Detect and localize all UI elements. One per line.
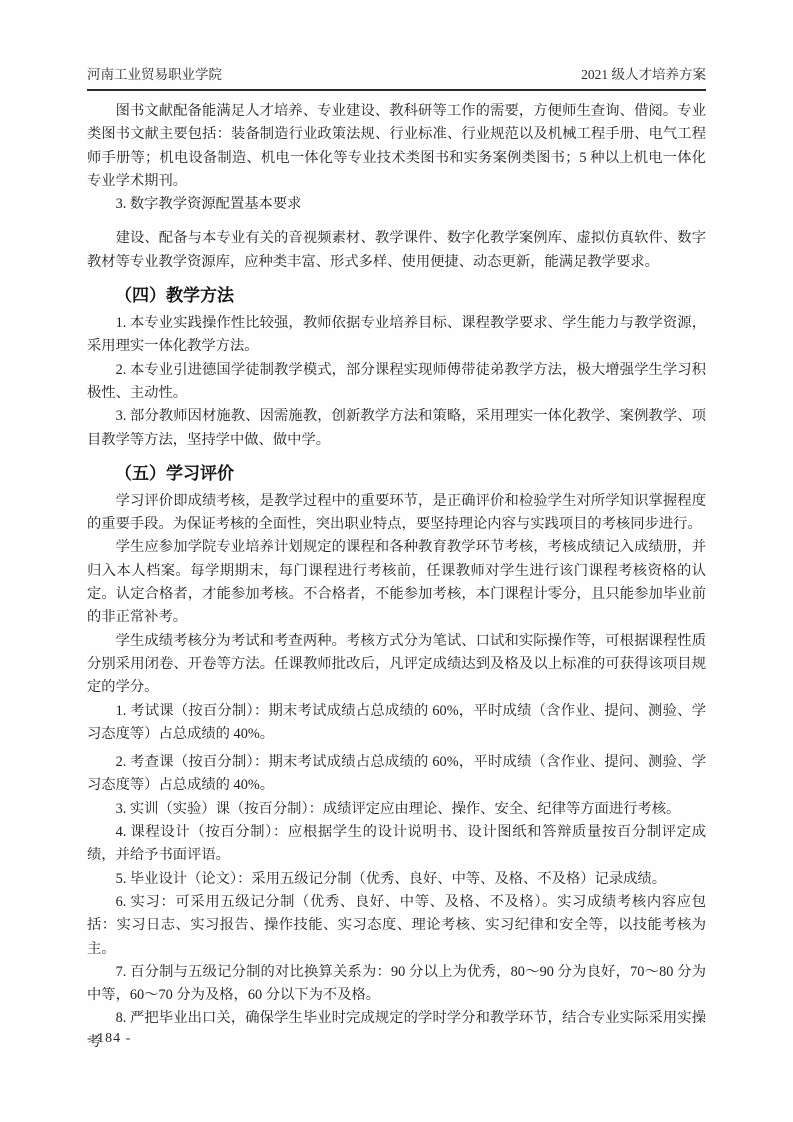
item-eval-8-graduation-gate: 8. 严把毕业出口关，确保学生毕业时完成规定的学时学分和教学环节，结合专业实际采… bbox=[87, 1007, 706, 1054]
heading-section-5-learning-evaluation: （五）学习评价 bbox=[87, 461, 706, 487]
item-eval-7-grade-conversion: 7. 百分制与五级记分制的对比换算关系为：90 分以上为优秀，80～90 分为良… bbox=[87, 961, 706, 1008]
page-header: 河南工业贸易职业学院 2021 级人才培养方案 bbox=[87, 0, 706, 91]
page-number: - 184 - bbox=[87, 1031, 131, 1046]
para-exam-qualification: 学生应参加学院专业培养计划规定的课程和各种教育教学环节考核，考核成绩记入成绩册，… bbox=[87, 536, 706, 629]
header-plan-title: 2021 级人才培养方案 bbox=[581, 66, 706, 84]
para-evaluation-intro: 学习评价即成绩考核，是教学过程中的重要环节，是正确评价和检验学生对所学知识掌握程… bbox=[87, 490, 706, 537]
item-eval-2-assessment-course: 2. 考查课（按百分制）：期末考试成绩占总成绩的 60%，平时成绩（含作业、提问… bbox=[87, 751, 706, 798]
para-library-resources: 图书文献配备能满足人才培养、专业建设、教科研等工作的需要，方便师生查询、借阅。专… bbox=[87, 100, 706, 193]
heading-section-4-teaching-methods: （四）教学方法 bbox=[87, 283, 706, 309]
item-eval-3-practical-course: 3. 实训（实验）课（按百分制）：成绩评定应由理论、操作、安全、纪律等方面进行考… bbox=[87, 798, 706, 821]
header-school-name: 河南工业贸易职业学院 bbox=[87, 66, 222, 84]
page-footer: - 184 - bbox=[87, 1031, 131, 1047]
page-body: 图书文献配备能满足人才培养、专业建设、教科研等工作的需要，方便师生查询、借阅。专… bbox=[87, 100, 706, 1054]
item-teaching-method-2: 2. 本专业引进德国学徒制教学模式，部分课程实现师傅带徒弟教学方法，极大增强学生… bbox=[87, 359, 706, 406]
para-exam-types: 学生成绩考核分为考试和考查两种。考核方式分为笔试、口试和实际操作等，可根据课程性… bbox=[87, 630, 706, 700]
document-page: 河南工业贸易职业学院 2021 级人才培养方案 图书文献配备能满足人才培养、专业… bbox=[0, 0, 793, 1122]
para-digital-teaching-resources: 建设、配备与本专业有关的音视频素材、教学课件、数字化教学案例库、虚拟仿真软件、数… bbox=[87, 227, 706, 274]
item-eval-5-graduation-design: 5. 毕业设计（论文）：采用五级记分制（优秀、良好、中等、及格、不及格）记录成绩… bbox=[87, 868, 706, 891]
item-eval-4-course-design: 4. 课程设计（按百分制）：应根据学生的设计说明书、设计图纸和答辩质量按百分制评… bbox=[87, 821, 706, 868]
item-teaching-method-3: 3. 部分教师因材施教、因需施教，创新教学方法和策略，采用理实一体化教学、案例教… bbox=[87, 405, 706, 452]
item-teaching-method-1: 1. 本专业实践操作性比较强，教师依据专业培养目标、课程教学要求、学生能力与教学… bbox=[87, 312, 706, 359]
item-digital-resources-requirement: 3. 数字教学资源配置基本要求 bbox=[87, 193, 706, 216]
item-eval-1-exam-course: 1. 考试课（按百分制）：期末考试成绩占总成绩的 60%，平时成绩（含作业、提问… bbox=[87, 700, 706, 747]
item-eval-6-internship: 6. 实习：可采用五级记分制（优秀、良好、中等、及格、不及格）。实习成绩考核内容… bbox=[87, 891, 706, 961]
